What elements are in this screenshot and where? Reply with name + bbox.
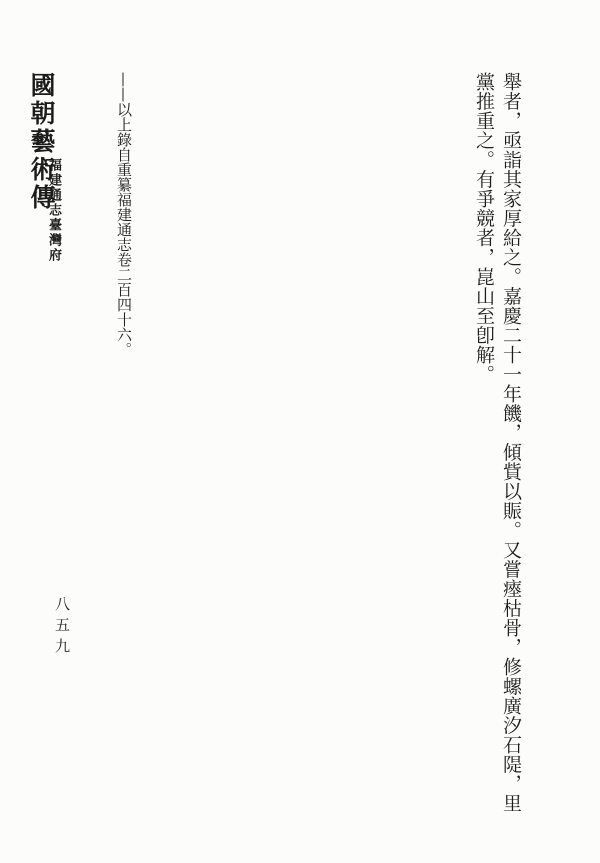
scanned-page: 舉者，亟詣其家厚給之。嘉慶二十一年饑，傾貲以賑。又嘗瘞枯骨，修螺廣汐石隄，里 黨…: [0, 0, 600, 863]
book-title-margin-label: 福建通志臺灣府: [44, 158, 63, 263]
text-block: 舉者，亟詣其家厚給之。嘉慶二十一年饑，傾貲以賑。又嘗瘞枯骨，修螺廣汐石隄，里 黨…: [0, 72, 524, 804]
section-title: 國朝藝術傳: [24, 72, 112, 804]
text-run: 黨推重之。有爭競者，崑山至卽解。: [473, 72, 495, 384]
page-number: 八五九: [52, 596, 73, 659]
text-run: 舉者，亟詣其家厚給之。嘉慶二十一年饑，傾貲以賑。又嘗瘞枯骨，修螺廣汐石隄，里: [500, 72, 522, 813]
section-subtitle: 臺灣府臺灣縣: [0, 72, 24, 804]
source-citation: ——以上錄自重纂福建通志卷二百四十六。: [112, 72, 464, 804]
text-column: 黨推重之。有爭競者，崑山至卽解。: [470, 72, 497, 804]
text-column: 舉者，亟詣其家厚給之。嘉慶二十一年饑，傾貲以賑。又嘗瘞枯骨，修螺廣汐石隄，里: [497, 72, 524, 804]
